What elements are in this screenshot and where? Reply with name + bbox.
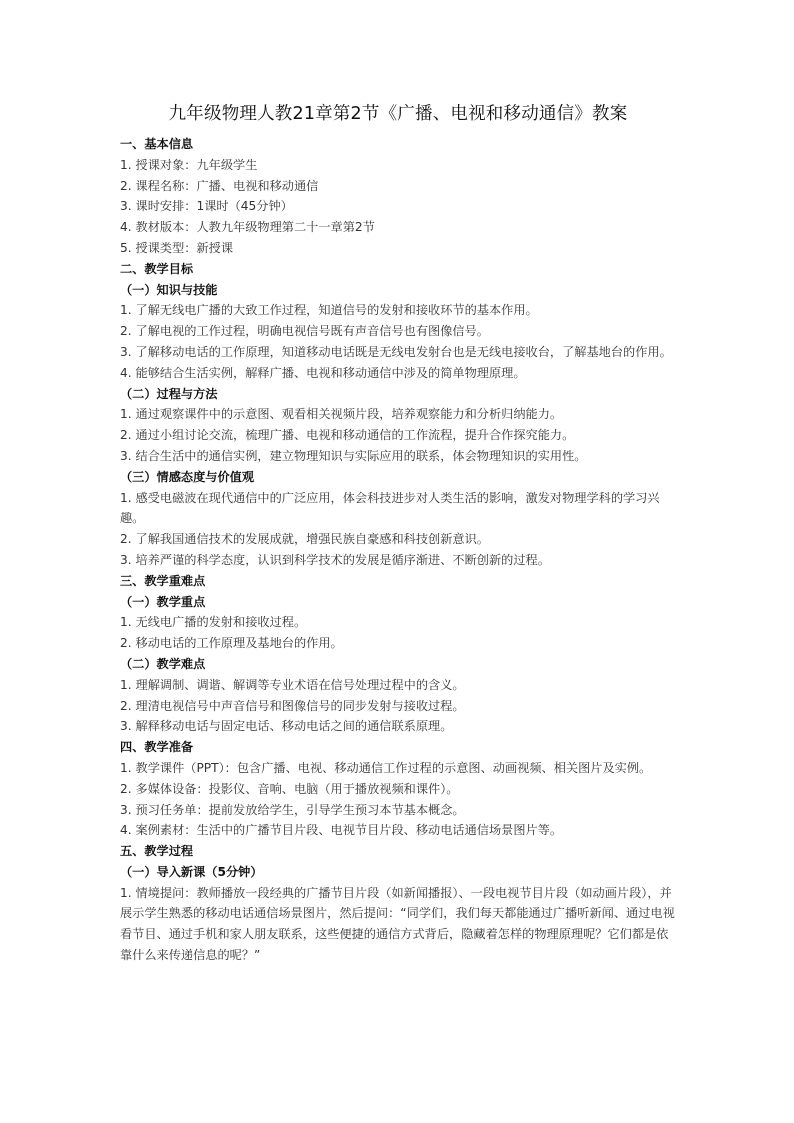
- list-item: 2. 移动电话的工作原理及基地台的作用。: [120, 633, 676, 654]
- list-item: 1. 情境提问：教师播放一段经典的广播节目片段（如新闻播报）、一段电视节目片段（…: [120, 883, 676, 966]
- list-item: 3. 解释移动电话与固定电话、移动电话之间的通信联系原理。: [120, 716, 676, 737]
- list-item: 3. 预习任务单：提前发放给学生，引导学生预习本节基本概念。: [120, 800, 676, 821]
- list-item: 2. 多媒体设备：投影仪、音响、电脑（用于播放视频和课件）。: [120, 779, 676, 800]
- list-item: 2. 了解我国通信技术的发展成就，增强民族自豪感和科技创新意识。: [120, 529, 676, 550]
- document-body: 一、基本信息1. 授课对象：九年级学生2. 课程名称：广播、电视和移动通信3. …: [120, 134, 676, 966]
- list-item: 2. 了解电视的工作过程，明确电视信号既有声音信号也有图像信号。: [120, 321, 676, 342]
- subsection-heading: （三）情感态度与价值观: [120, 467, 676, 488]
- document-title: 九年级物理人教21章第2节《广播、电视和移动通信》教案: [120, 100, 676, 128]
- list-item: 1. 授课对象：九年级学生: [120, 155, 676, 176]
- list-item: 1. 无线电广播的发射和接收过程。: [120, 612, 676, 633]
- section-heading: 一、基本信息: [120, 134, 676, 155]
- section-heading: 五、教学过程: [120, 841, 676, 862]
- list-item: 1. 通过观察课件中的示意图、观看相关视频片段，培养观察能力和分析归纳能力。: [120, 404, 676, 425]
- list-item: 3. 培养严谨的科学态度，认识到科学技术的发展是循序渐进、不断创新的过程。: [120, 550, 676, 571]
- list-item: 4. 案例素材：生活中的广播节目片段、电视节目片段、移动电话通信场景图片等。: [120, 820, 676, 841]
- subsection-heading: （一）教学重点: [120, 592, 676, 613]
- subsection-heading: （一）导入新课（5分钟）: [120, 862, 676, 883]
- list-item: 2. 课程名称：广播、电视和移动通信: [120, 176, 676, 197]
- list-item: 4. 能够结合生活实例，解释广播、电视和移动通信中涉及的简单物理原理。: [120, 363, 676, 384]
- list-item: 1. 理解调制、调谐、解调等专业术语在信号处理过程中的含义。: [120, 675, 676, 696]
- section-heading: 二、教学目标: [120, 259, 676, 280]
- section-heading: 三、教学重难点: [120, 571, 676, 592]
- list-item: 3. 课时安排：1课时（45分钟）: [120, 196, 676, 217]
- list-item: 1. 感受电磁波在现代通信中的广泛应用，体会科技进步对人类生活的影响，激发对物理…: [120, 488, 676, 530]
- list-item: 4. 教材版本：人教九年级物理第二十一章第2节: [120, 217, 676, 238]
- section-heading: 四、教学准备: [120, 737, 676, 758]
- list-item: 1. 了解无线电广播的大致工作过程，知道信号的发射和接收环节的基本作用。: [120, 300, 676, 321]
- list-item: 5. 授课类型：新授课: [120, 238, 676, 259]
- subsection-heading: （二）教学难点: [120, 654, 676, 675]
- list-item: 2. 通过小组讨论交流，梳理广播、电视和移动通信的工作流程，提升合作探究能力。: [120, 425, 676, 446]
- list-item: 2. 理清电视信号中声音信号和图像信号的同步发射与接收过程。: [120, 696, 676, 717]
- document-page: 九年级物理人教21章第2节《广播、电视和移动通信》教案 一、基本信息1. 授课对…: [120, 100, 676, 966]
- list-item: 3. 了解移动电话的工作原理，知道移动电话既是无线电发射台也是无线电接收台，了解…: [120, 342, 676, 363]
- list-item: 3. 结合生活中的通信实例，建立物理知识与实际应用的联系，体会物理知识的实用性。: [120, 446, 676, 467]
- list-item: 1. 教学课件（PPT）：包含广播、电视、移动通信工作过程的示意图、动画视频、相…: [120, 758, 676, 779]
- subsection-heading: （一）知识与技能: [120, 280, 676, 301]
- subsection-heading: （二）过程与方法: [120, 384, 676, 405]
